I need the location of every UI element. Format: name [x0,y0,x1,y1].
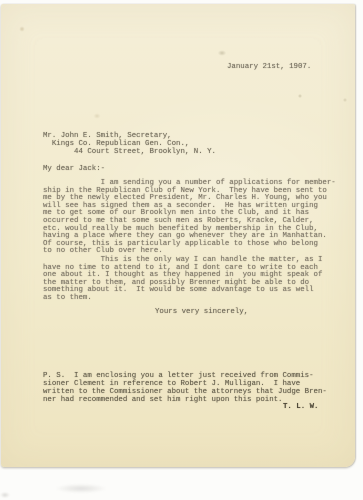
scan-background: January 21st, 1907. Mr. John E. Smith, S… [0,0,363,500]
postscript: P. S. I am enclosing you a letter just r… [43,372,327,404]
letter-paper: January 21st, 1907. Mr. John E. Smith, S… [1,4,355,467]
salutation: My dear Jack:- [43,166,105,174]
typist-initials: T. L. W. [283,404,318,412]
body-paragraph-2: This is the only way I can handle the ma… [43,257,322,303]
scan-smudge [55,484,107,493]
date-line: January 21st, 1907. [227,64,311,72]
recipient-address: Mr. John E. Smith, Secretary, Kings Co. … [43,132,216,156]
body-paragraph-1: I am sending you a number of application… [43,180,336,256]
scan-corner-mark [0,492,10,498]
closing-line: Yours very sincerely, [155,309,248,317]
